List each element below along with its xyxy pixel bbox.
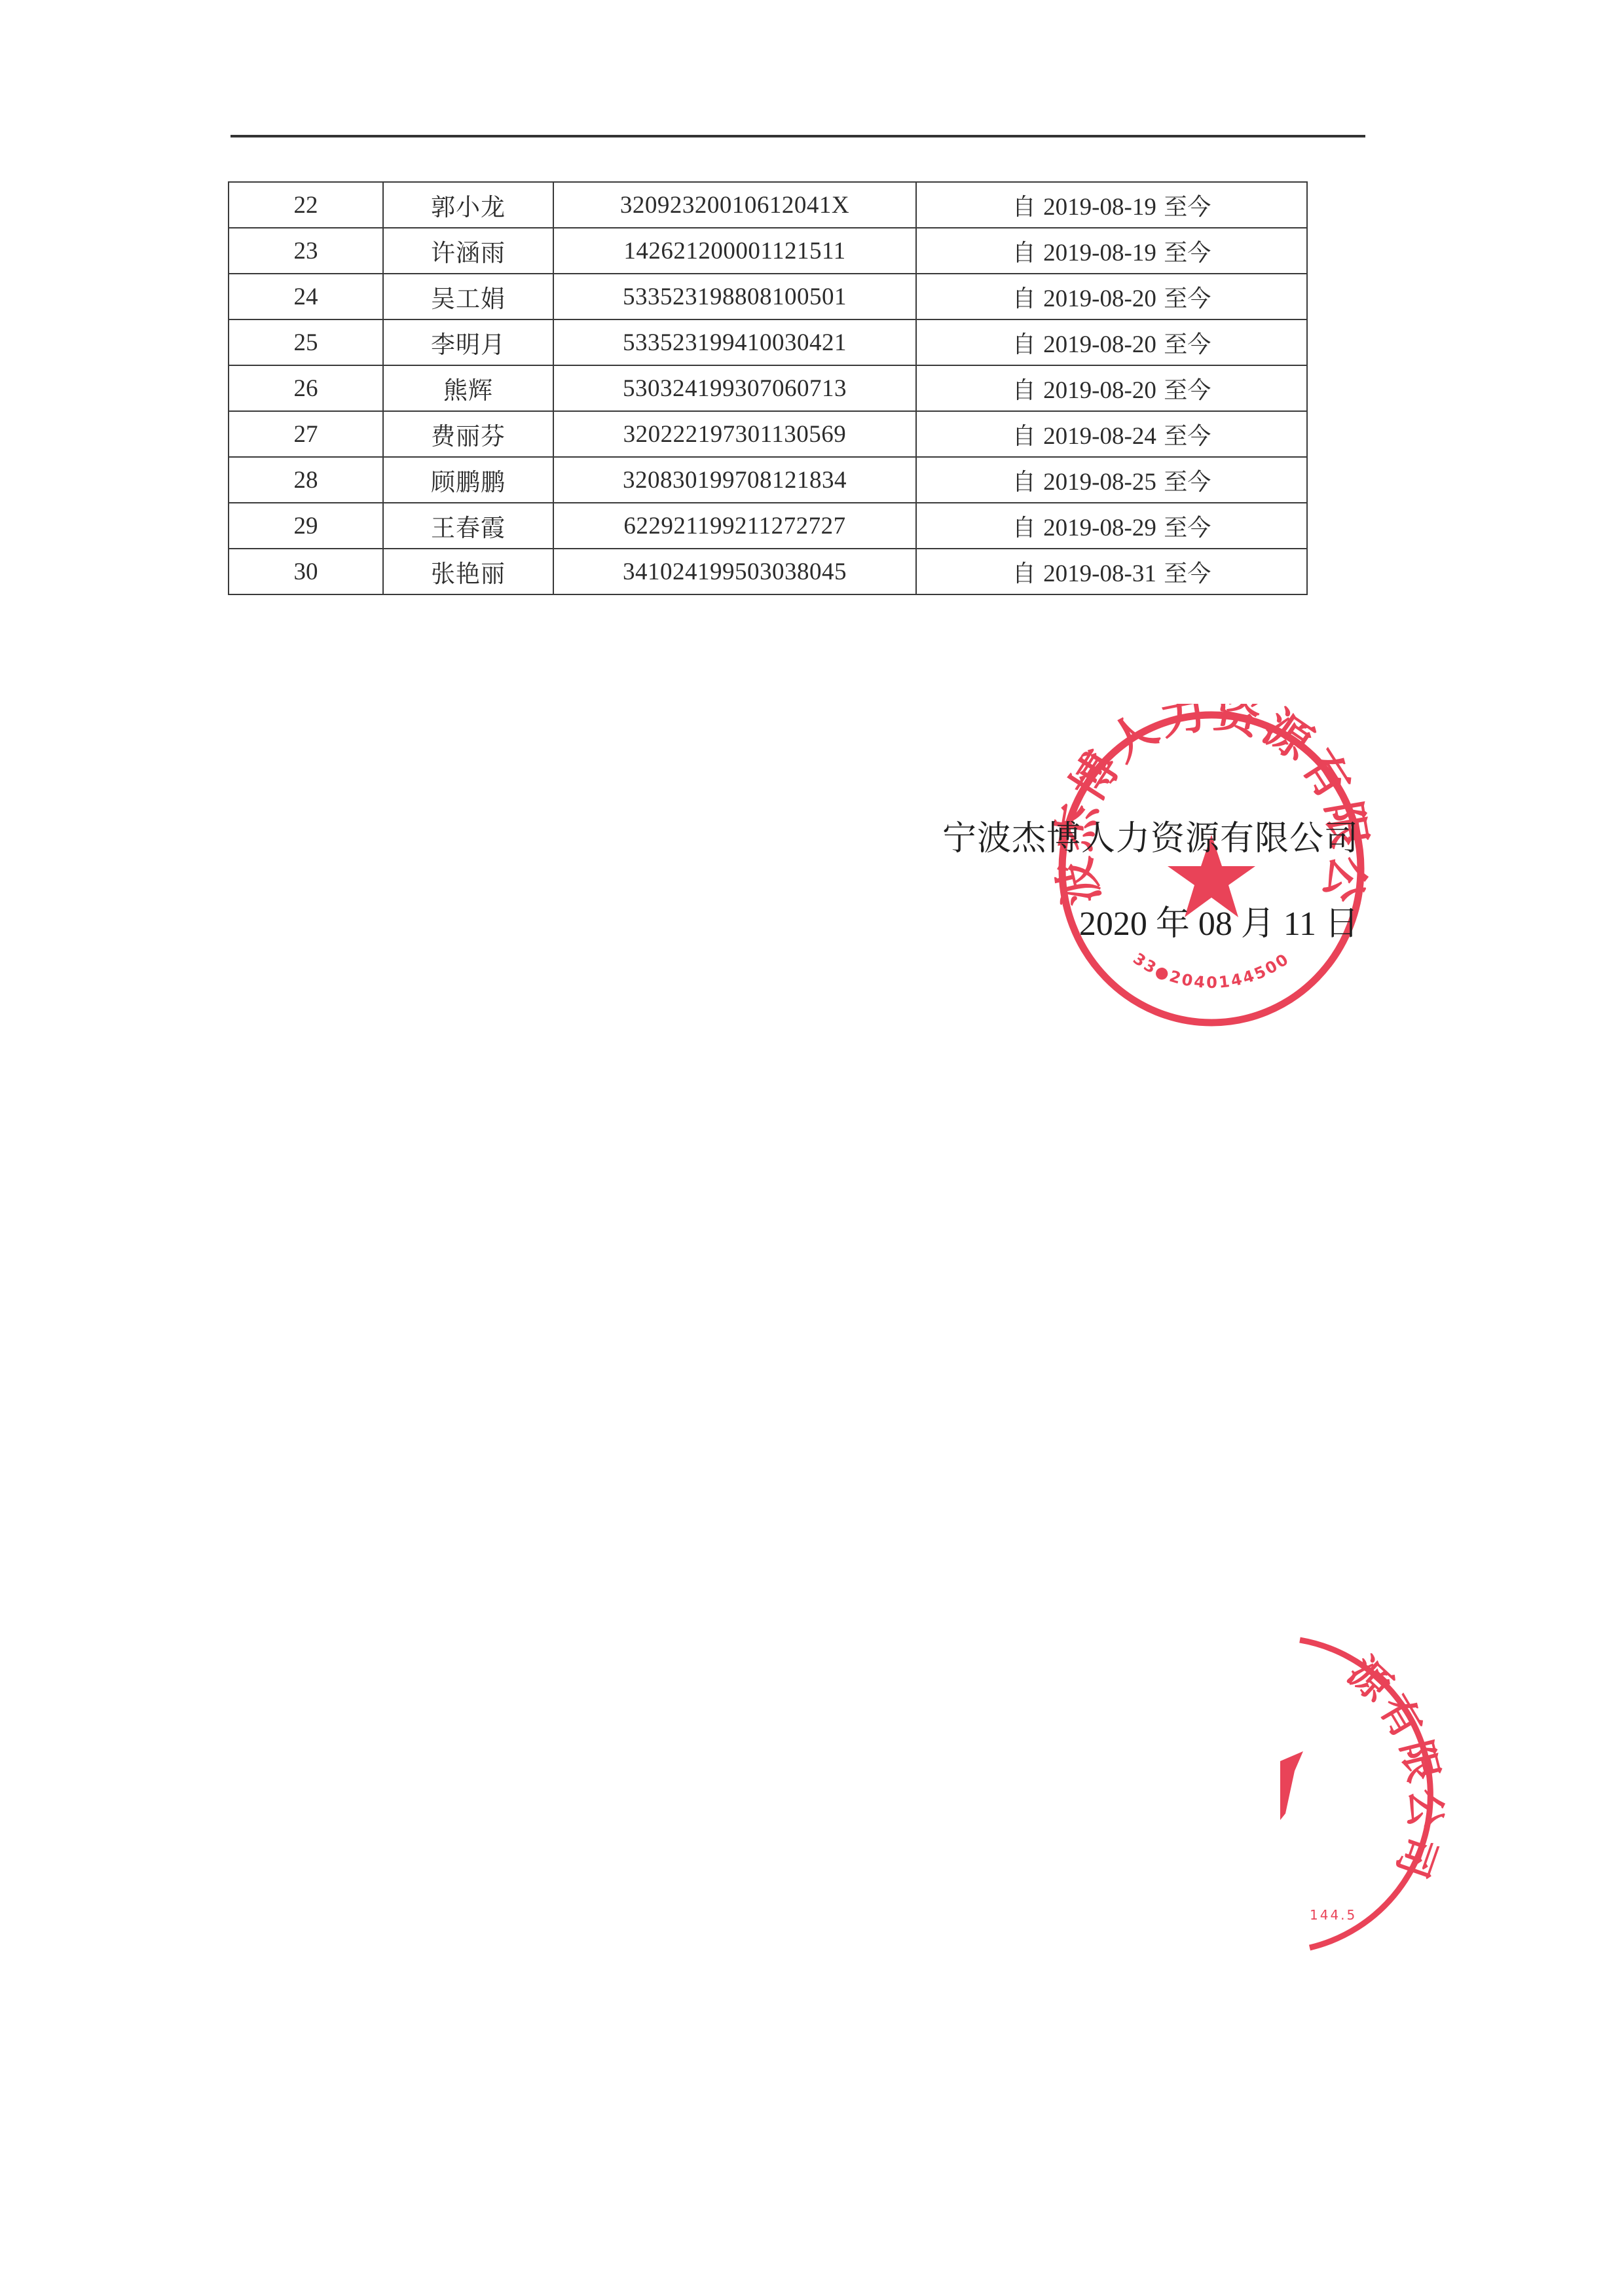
partial-seal-text: 源有限公司 bbox=[1339, 1648, 1450, 1887]
table-row: 24吴工娟533523198808100501自 2019-08-20 至今 bbox=[229, 274, 1307, 319]
row-number: 26 bbox=[229, 365, 383, 411]
employee-name: 王春霞 bbox=[383, 503, 553, 549]
id-number: 320830199708121834 bbox=[553, 457, 916, 503]
header-rule bbox=[231, 135, 1365, 137]
employee-name: 费丽芬 bbox=[383, 411, 553, 457]
id-number: 32092320010612041X bbox=[553, 182, 916, 228]
signature-company-name: 宁波杰博人力资源有限公司 bbox=[942, 811, 1359, 860]
insurance-period: 自 2019-08-19 至今 bbox=[916, 182, 1307, 228]
id-number: 320222197301130569 bbox=[553, 411, 916, 457]
insurance-period: 自 2019-08-29 至今 bbox=[916, 503, 1307, 549]
employee-name: 顾鹏鹏 bbox=[383, 457, 553, 503]
row-number: 27 bbox=[229, 411, 383, 457]
svg-text:33●2040144500: 33●2040144500 bbox=[1130, 949, 1293, 992]
row-number: 22 bbox=[229, 182, 383, 228]
insurance-period: 自 2019-08-25 至今 bbox=[916, 457, 1307, 503]
employee-name: 张艳丽 bbox=[383, 549, 553, 594]
employee-name: 李明月 bbox=[383, 319, 553, 365]
table-row: 22郭小龙32092320010612041X自 2019-08-19 至今 bbox=[229, 182, 1307, 228]
employee-name: 吴工娟 bbox=[383, 274, 553, 319]
table-row: 27费丽芬320222197301130569自 2019-08-24 至今 bbox=[229, 411, 1307, 457]
insurance-period: 自 2019-08-20 至今 bbox=[916, 365, 1307, 411]
insurance-period: 自 2019-08-19 至今 bbox=[916, 228, 1307, 274]
table-row: 29王春霞622921199211272727自 2019-08-29 至今 bbox=[229, 503, 1307, 549]
cross-page-seal-stamp: 源有限公司 144.5 bbox=[1280, 1624, 1490, 1964]
svg-text:源有限公司: 源有限公司 bbox=[1339, 1648, 1450, 1887]
table-row: 30张艳丽341024199503038045自 2019-08-31 至今 bbox=[229, 549, 1307, 594]
partial-seal-code: 144.5 bbox=[1310, 1907, 1357, 1923]
row-number: 24 bbox=[229, 274, 383, 319]
company-seal-stamp: 宁波杰博人力资源有限公司 33●2040144500 bbox=[1051, 704, 1372, 1031]
id-number: 530324199307060713 bbox=[553, 365, 916, 411]
table-row: 26熊辉530324199307060713自 2019-08-20 至今 bbox=[229, 365, 1307, 411]
signature-date: 2020 年 08 月 11 日 bbox=[1079, 896, 1359, 945]
id-number: 622921199211272727 bbox=[553, 503, 916, 549]
row-number: 30 bbox=[229, 549, 383, 594]
table-row: 28顾鹏鹏320830199708121834自 2019-08-25 至今 bbox=[229, 457, 1307, 503]
employee-name: 许涵雨 bbox=[383, 228, 553, 274]
insurance-period: 自 2019-08-20 至今 bbox=[916, 319, 1307, 365]
table-row: 23许涵雨142621200001121511自 2019-08-19 至今 bbox=[229, 228, 1307, 274]
row-number: 25 bbox=[229, 319, 383, 365]
id-number: 341024199503038045 bbox=[553, 549, 916, 594]
id-number: 142621200001121511 bbox=[553, 228, 916, 274]
insurance-period: 自 2019-08-31 至今 bbox=[916, 549, 1307, 594]
table-row: 25李明月533523199410030421自 2019-08-20 至今 bbox=[229, 319, 1307, 365]
row-number: 28 bbox=[229, 457, 383, 503]
employee-name: 熊辉 bbox=[383, 365, 553, 411]
insurance-period: 自 2019-08-20 至今 bbox=[916, 274, 1307, 319]
row-number: 23 bbox=[229, 228, 383, 274]
id-number: 533523199410030421 bbox=[553, 319, 916, 365]
employee-roster-table: 22郭小龙32092320010612041X自 2019-08-19 至今23… bbox=[228, 181, 1308, 595]
row-number: 29 bbox=[229, 503, 383, 549]
roster-body: 22郭小龙32092320010612041X自 2019-08-19 至今23… bbox=[229, 182, 1307, 594]
insurance-period: 自 2019-08-24 至今 bbox=[916, 411, 1307, 457]
seal-code: 33●2040144500 bbox=[1130, 949, 1293, 992]
id-number: 533523198808100501 bbox=[553, 274, 916, 319]
employee-name: 郭小龙 bbox=[383, 182, 553, 228]
